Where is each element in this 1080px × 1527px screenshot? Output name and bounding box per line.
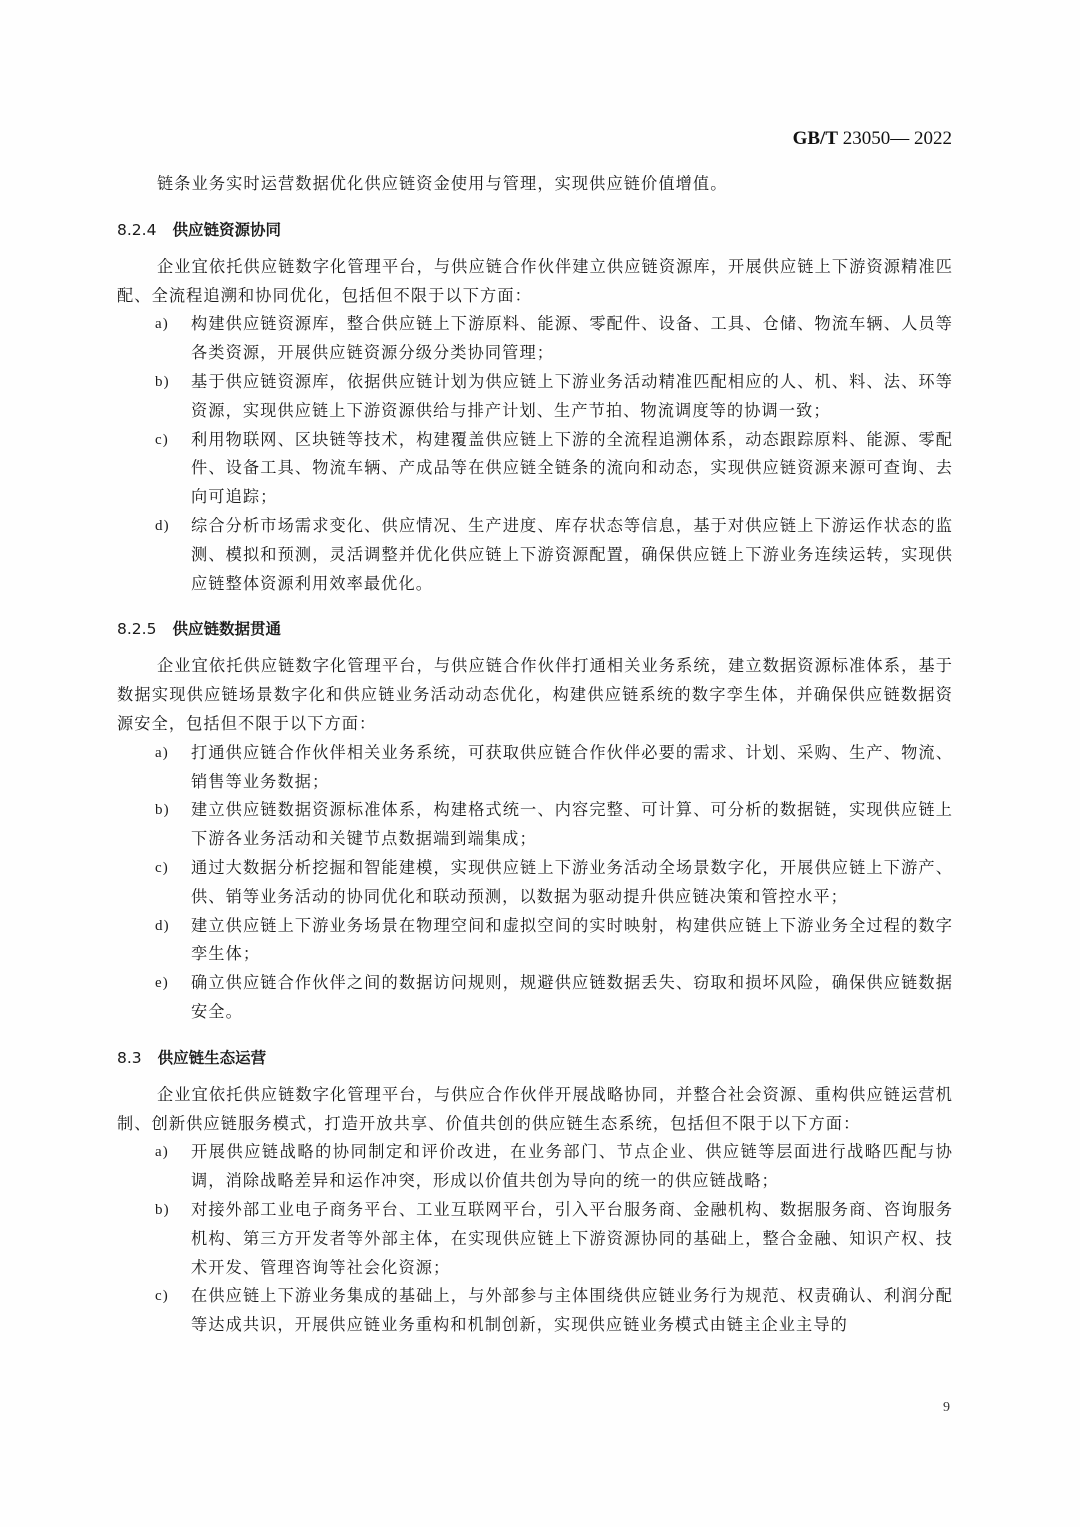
list-item: b) 建立供应链数据资源标准体系，构建格式统一、内容完整、可计算、可分析的数据链… [117,796,953,854]
list-marker: b) [117,1196,191,1282]
list-item: a) 打通供应链合作伙伴相关业务系统，可获取供应链合作伙伴必要的需求、计划、采购… [117,739,953,797]
list-item: b) 基于供应链资源库，依据供应链计划为供应链上下游业务活动精准匹配相应的人、机… [117,368,953,426]
standard-number: 23050 [843,128,891,149]
section-number: 8.2.4 [117,213,156,247]
list-item-text: 打通供应链合作伙伴相关业务系统，可获取供应链合作伙伴必要的需求、计划、采购、生产… [191,739,953,797]
list-item: b) 对接外部工业电子商务平台、工业互联网平台，引入平台服务商、金融机构、数据服… [117,1196,953,1282]
section-title: 供应链资源协同 [172,213,281,247]
page-number: 9 [943,1400,950,1416]
section-title: 供应链生态运营 [158,1041,267,1075]
list-marker: b) [117,796,191,854]
document-page: GB/T 23050— 2022 链条业务实时运营数据优化供应链资金使用与管理，… [0,0,1080,1527]
list-item-text: 对接外部工业电子商务平台、工业互联网平台，引入平台服务商、金融机构、数据服务商、… [191,1196,953,1282]
list-marker: c) [117,426,191,512]
list-item-text: 构建供应链资源库，整合供应链上下游原料、能源、零配件、设备、工具、仓储、物流车辆… [191,310,953,368]
list-item: a) 构建供应链资源库，整合供应链上下游原料、能源、零配件、设备、工具、仓储、物… [117,310,953,368]
list-item-text: 建立供应链上下游业务场景在物理空间和虚拟空间的实时映射，构建供应链上下游业务全过… [191,912,953,970]
section-number: 8.3 [117,1041,142,1075]
section-intro: 企业宜依托供应链数字化管理平台，与供应合作伙伴开展战略协同，并整合社会资源、重构… [117,1081,953,1139]
list-item-text: 利用物联网、区块链等技术，构建覆盖供应链上下游的全流程追溯体系，动态跟踪原料、能… [191,426,953,512]
section-heading-8-3: 8.3 供应链生态运营 [117,1041,953,1075]
list-item-text: 通过大数据分析挖掘和智能建模，实现供应链上下游业务活动全场景数字化，开展供应链上… [191,854,953,912]
list-item-text: 确立供应链合作伙伴之间的数据访问规则，规避供应链数据丢失、窃取和损坏风险，确保供… [191,969,953,1027]
list-item: a) 开展供应链战略的协同制定和评价改进，在业务部门、节点企业、供应链等层面进行… [117,1138,953,1196]
list-marker: b) [117,368,191,426]
list-item-text: 建立供应链数据资源标准体系，构建格式统一、内容完整、可计算、可分析的数据链，实现… [191,796,953,854]
list-marker: c) [117,854,191,912]
continuation-paragraph: 链条业务实时运营数据优化供应链资金使用与管理，实现供应链价值增值。 [117,170,953,199]
list-item: d) 建立供应链上下游业务场景在物理空间和虚拟空间的实时映射，构建供应链上下游业… [117,912,953,970]
section-heading-8-2-4: 8.2.4 供应链资源协同 [117,213,953,247]
section-title: 供应链数据贯通 [172,612,281,646]
section-intro: 企业宜依托供应链数字化管理平台，与供应链合作伙伴建立供应链资源库，开展供应链上下… [117,253,953,311]
list-item-text: 在供应链上下游业务集成的基础上，与外部参与主体围绕供应链业务行为规范、权责确认、… [191,1282,953,1340]
document-body: 链条业务实时运营数据优化供应链资金使用与管理，实现供应链价值增值。 8.2.4 … [117,170,953,1340]
standard-year: — 2022 [890,128,952,149]
list-marker: a) [117,1138,191,1196]
section-intro: 企业宜依托供应链数字化管理平台，与供应链合作伙伴打通相关业务系统，建立数据资源标… [117,652,953,738]
list-item-text: 综合分析市场需求变化、供应情况、生产进度、库存状态等信息，基于对供应链上下游运作… [191,512,953,598]
list-item: c) 通过大数据分析挖掘和智能建模，实现供应链上下游业务活动全场景数字化，开展供… [117,854,953,912]
standard-prefix: GB/T [793,128,838,149]
list-item-text: 基于供应链资源库，依据供应链计划为供应链上下游业务活动精准匹配相应的人、机、料、… [191,368,953,426]
list-marker: e) [117,969,191,1027]
list-marker: c) [117,1282,191,1340]
section-number: 8.2.5 [117,612,156,646]
list-item: c) 利用物联网、区块链等技术，构建覆盖供应链上下游的全流程追溯体系，动态跟踪原… [117,426,953,512]
list-item: e) 确立供应链合作伙伴之间的数据访问规则，规避供应链数据丢失、窃取和损坏风险，… [117,969,953,1027]
list-marker: d) [117,912,191,970]
standard-number-header: GB/T 23050— 2022 [793,128,952,150]
list-item: d) 综合分析市场需求变化、供应情况、生产进度、库存状态等信息，基于对供应链上下… [117,512,953,598]
list-item: c) 在供应链上下游业务集成的基础上，与外部参与主体围绕供应链业务行为规范、权责… [117,1282,953,1340]
list-marker: d) [117,512,191,598]
list-marker: a) [117,310,191,368]
section-heading-8-2-5: 8.2.5 供应链数据贯通 [117,612,953,646]
list-marker: a) [117,739,191,797]
list-item-text: 开展供应链战略的协同制定和评价改进，在业务部门、节点企业、供应链等层面进行战略匹… [191,1138,953,1196]
